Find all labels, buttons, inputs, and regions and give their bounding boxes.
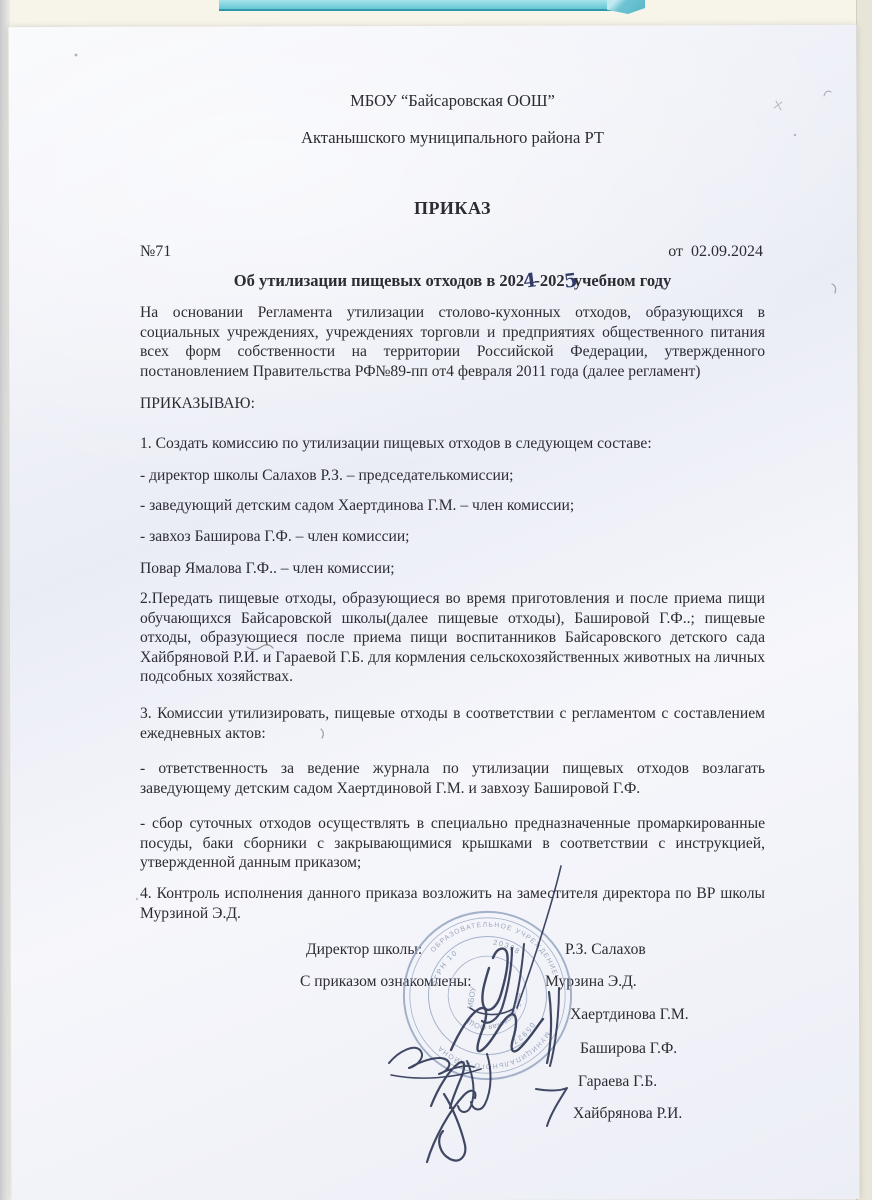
acknowledged-name-khaertdinova: Хаертдинова Г.М. [570,1006,689,1024]
official-stamp-icon: ОБРАЗОВАТЕЛЬНОЕ УЧРЕЖДЕНИЕ МУНИЦИПАЛЬНОГ… [383,891,593,1101]
handwritten-digit-2: 5 [562,269,578,292]
order-title-mid: -202 [534,271,564,290]
order-number: №71 [140,243,171,261]
order-title-prefix: Об утилизации пищевых отходов в 202 [234,271,524,290]
director-name: Р.З. Салахов [565,941,646,959]
list-item-zavkhoz: - завхоз Баширова Г.Ф. – член комиссии; [140,527,765,547]
org-name-line2: Актанышского муниципального района РТ [140,128,765,148]
paragraph-commission-utilize: 3. Комиссии утилизировать, пищевые отход… [140,704,765,743]
scanned-document: МБОУ “Байсаровская ООШ” Актанышского мун… [0,0,872,1200]
paragraph-journal-responsibility: - ответственность за ведение журнала по … [140,759,765,798]
paragraph-transfer-waste: 2.Передать пищевые отходы, образующиеся … [140,589,765,687]
handwritten-digit-1: 4 [522,269,538,292]
list-item-director: - директор школы Салахов Р.З. – председа… [140,466,765,486]
stamp-center-abbr: МБОУ [465,985,478,1010]
doc-type-heading: ПРИКАЗ [140,198,765,219]
acknowledged-name-khaibryanova: Хайбрянова Р.И. [573,1105,682,1123]
order-date: от 02.09.2024 [668,243,763,261]
document-body: На основании Регламента утилизации столо… [140,303,765,923]
folder-edge-strip [219,0,619,11]
list-item-kindergarten-head: - заведующий детским садом Хаертдинова Г… [140,496,765,516]
list-item-create-commission: 1. Создать комиссию по утилизации пищевы… [140,434,765,454]
order-title: Об утилизации пищевых отходов в 2024-202… [140,269,765,291]
order-title-suffix: учебном году [574,271,671,290]
list-item-cook: Повар Ямалова Г.Ф.. – член комиссии; [140,559,765,579]
org-name-line1: МБОУ “Байсаровская ООШ” [140,91,765,111]
heading-prikazyvayu: ПРИКАЗЫВАЮ: [140,394,765,414]
paragraph-regulation-basis: На основании Регламента утилизации столо… [140,303,765,381]
paragraph-daily-collection: - сбор суточных отходов осуществлять в с… [140,814,765,873]
acknowledged-name-garaeva: Гараева Г.Б. [578,1073,657,1091]
acknowledged-name-bashirova: Баширова Г.Ф. [580,1040,677,1058]
